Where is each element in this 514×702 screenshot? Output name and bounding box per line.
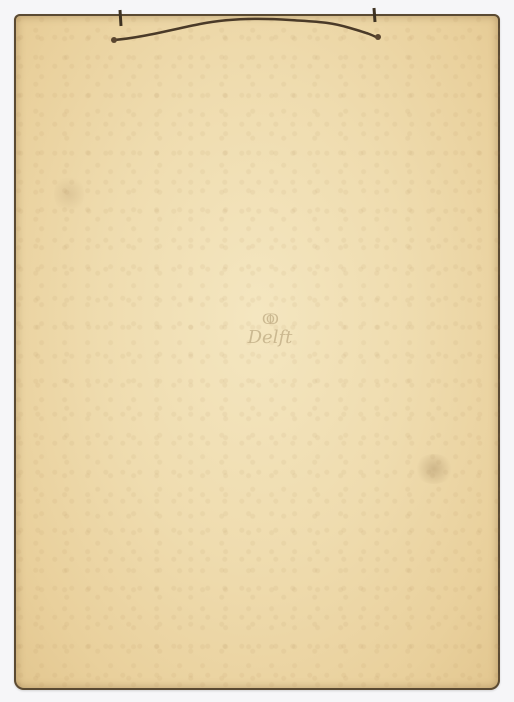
- stain: [54, 174, 84, 214]
- maker-logo-icon: ↂ: [230, 312, 310, 328]
- maker-mark: ↂ Delft: [230, 312, 310, 362]
- stain: [414, 454, 454, 484]
- maker-mark-text: Delft: [230, 328, 310, 348]
